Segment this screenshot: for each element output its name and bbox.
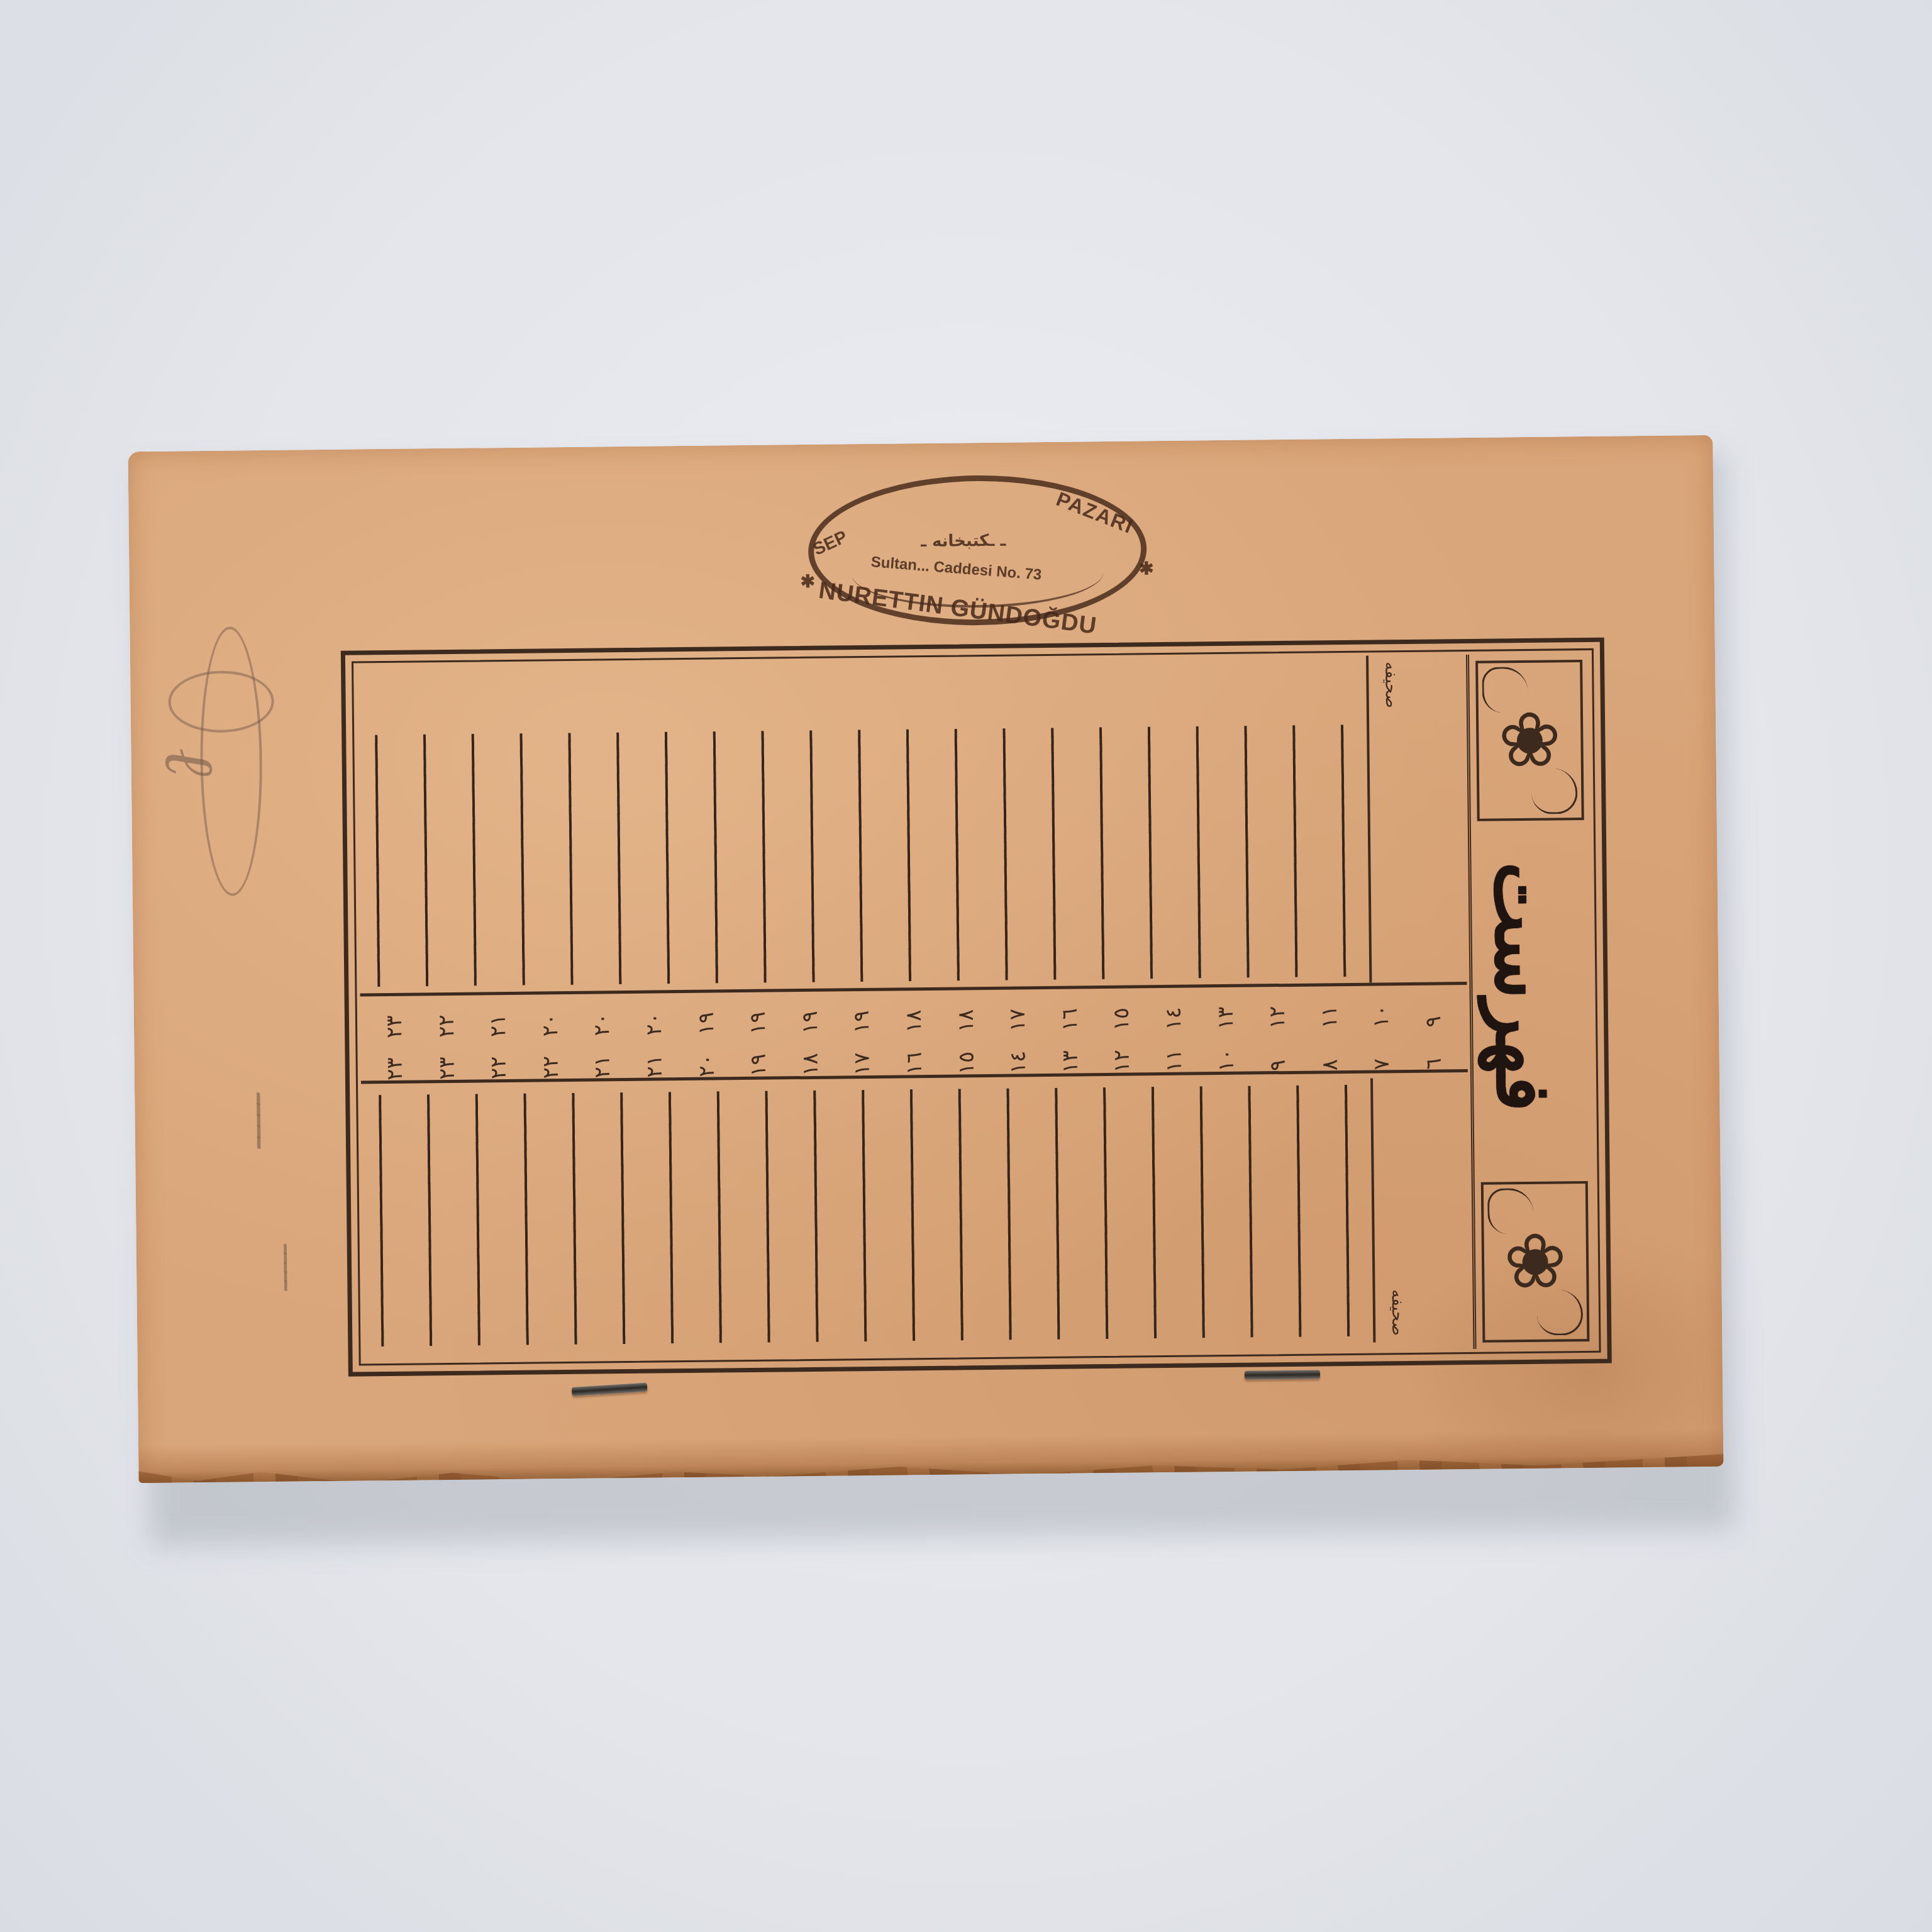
table-row: ـــــــــــــــــــــــــــــــ: [804, 668, 835, 982]
page-column-header: صحیفه: [1381, 662, 1401, 708]
table-row: ـــــــــــــــــــــــــــــــ: [663, 1092, 694, 1343]
table-row: ـــــــــــــــــــــــــــــــ: [901, 667, 931, 981]
page-number: ١٠: [1213, 1030, 1239, 1072]
table-row: ـــــــــــــــــــــــــــــــ: [1146, 1087, 1177, 1338]
floral-ornament-bottom: ❀: [1481, 1181, 1590, 1343]
table-row: ـــــــــــــــــــــــــــــــ: [422, 1094, 452, 1346]
table-row: ـــــــــــــــــــــــــــــــ: [1195, 1086, 1225, 1338]
table-row: ـــــــــــــــــــــــــــــــ: [857, 1090, 887, 1341]
floral-ornament-top: ❀: [1475, 660, 1584, 821]
table-row: ـــــــــــــــــــــــــــــــ: [1291, 1085, 1321, 1336]
table-row: ـــــــــــــــــــــــــــــــ: [374, 1095, 404, 1346]
page-number: ٢١: [486, 995, 511, 1037]
page-number: ١٧: [850, 1033, 875, 1075]
table-row: ـــــــــــــــــــــــــــــــ: [1098, 1087, 1128, 1339]
table-row: ـــــــــــــــــــــــــــــــ: [562, 670, 593, 985]
page-number: ١٣: [1057, 1031, 1083, 1073]
page-number: ٩: [1420, 985, 1446, 1027]
page-number: ١٩: [745, 1035, 771, 1077]
table-row: ـــــــــــــــــــــــــــــــ: [615, 1092, 645, 1344]
page-number: ٨: [1317, 1028, 1343, 1070]
table-row: ـــــــــــــــــــــــــــــــ: [808, 1091, 838, 1342]
stamp-top-left-text: SEP: [810, 526, 850, 559]
table-row: ـــــــــــــــــــــــــــــــ: [466, 671, 497, 985]
table-row: ـــــــــــــــــــــــــــــــ: [953, 1089, 984, 1340]
page-number: ١١: [1316, 986, 1342, 1028]
page-number: ٧: [1368, 1028, 1394, 1070]
page-number: ١٠: [1368, 985, 1394, 1028]
table-row: ـــــــــــــــــــــــــــــــ: [905, 1089, 935, 1341]
page-number: ١٧: [1005, 989, 1031, 1031]
table-row: ـــــــــــــــــــــــــــــــ: [1287, 663, 1318, 977]
page-number: ٢٣: [382, 996, 408, 1038]
lower-header-column: صحیفه: [1370, 1077, 1476, 1343]
title-column: ❀ فهرست ❀: [1466, 653, 1596, 1349]
table-row: ـــــــــــــــــــــــــــــــ: [1335, 662, 1366, 977]
table-row: ـــــــــــــــــــــــــــــــ: [1191, 663, 1221, 978]
page-number: ٢١: [590, 1036, 616, 1078]
table-row: ـــــــــــــــــــــــــــــــ: [1094, 665, 1124, 979]
page-number: ٢٢: [486, 1037, 511, 1079]
table-row: ـــــــــــــــــــــــــــــــ: [949, 666, 980, 980]
table-row: ـــــــــــــــــــــــــــــــ: [852, 667, 883, 982]
table-row: ـــــــــــــــــــــــــــــــ: [418, 672, 448, 986]
page-number: ٢٠: [641, 993, 667, 1035]
flower-icon: ❀: [1498, 702, 1562, 779]
star-icon: ✱: [1139, 558, 1154, 579]
page-number: ٢٠: [694, 1035, 719, 1077]
table-row: ـــــــــــــــــــــــــــــــ: [514, 670, 545, 985]
page-number: ٦: [1421, 1027, 1446, 1069]
bookseller-stamp: SEP PAZARI ـ ـكتبخانه ـ Sultan... Caddes…: [808, 474, 1147, 627]
page-number: ٢٣: [382, 1038, 408, 1080]
table-row: ـــــــــــــــــــــــــــــــ: [519, 1093, 549, 1345]
flower-icon: ❀: [1503, 1224, 1567, 1300]
page-number: ١٨: [797, 1034, 823, 1076]
page-number: ١٥: [1109, 989, 1135, 1031]
upper-entries: ــــــــــــــــــــــــــــــــــــــــ…: [369, 662, 1366, 987]
page-number: ٩: [1265, 1029, 1291, 1071]
page-number: ٢٢: [538, 1036, 563, 1079]
table-row: ـــــــــــــــــــــــــــــــ: [760, 1091, 791, 1342]
page-number: ١٩: [745, 992, 771, 1035]
page-number: ١٤: [1005, 1031, 1031, 1074]
page-number: ٢١: [641, 1035, 667, 1077]
table-row: ـــــــــــــــــــــــــــــــ: [1340, 1085, 1370, 1336]
table-row: ـــــــــــــــــــــــــــــــ: [708, 669, 738, 983]
pencil-note: ـــــ: [247, 1092, 292, 1148]
table-row: ـــــــــــــــــــــــــــــــ: [1243, 1085, 1273, 1337]
upper-header-column: صحیفه: [1366, 655, 1472, 983]
table-row: ـــــــــــــــــــــــــــــــ: [1238, 663, 1269, 977]
star-icon: ✱: [801, 571, 816, 592]
lower-entries: ــــــــــــــــــــــــــــــــــــــــ…: [374, 1085, 1370, 1347]
page-number: ١٩: [797, 992, 823, 1034]
stamp-top-right-text: PAZARI: [1053, 487, 1137, 538]
table-row: ـــــــــــــــــــــــــــــــ: [369, 672, 400, 987]
staple: [1245, 1370, 1320, 1379]
page-number: ١٦: [901, 1033, 927, 1075]
page-number: ١٢: [1265, 987, 1291, 1029]
page-number: ٢٠: [589, 994, 615, 1036]
table-row: ـــــــــــــــــــــــــــــــ: [1142, 664, 1173, 979]
page-title: فهرست: [1477, 861, 1568, 1151]
table-row: ـــــــــــــــــــــــــــــــ: [712, 1091, 742, 1343]
contents-table-frame: ❀ فهرست ❀ صحیفه ــــــــــــــــــــــــ…: [341, 638, 1612, 1377]
upper-contents-table: صحیفه ــــــــــــــــــــــــــــــــــ…: [357, 655, 1472, 993]
page-number: ٢٠: [537, 994, 563, 1036]
page-number: ٢٢: [433, 996, 459, 1038]
table-row: ـــــــــــــــــــــــــــــــ: [470, 1094, 501, 1345]
table-row: ـــــــــــــــــــــــــــــــ: [1045, 665, 1076, 980]
staple: [572, 1383, 648, 1397]
page-number: ١٩: [693, 992, 719, 1035]
page-number: ١٣: [1213, 987, 1238, 1030]
page-number: ١٢: [1109, 1031, 1135, 1073]
table-row: ـــــــــــــــــــــــــــــــ: [997, 665, 1028, 980]
page-column-header: صحیفه: [1388, 1289, 1407, 1336]
stamp-arabic-text: ـ ـكتبخانه ـ: [921, 531, 1006, 551]
table-row: ـــــــــــــــــــــــــــــــ: [659, 669, 690, 984]
page-number: ١٨: [953, 990, 979, 1032]
page-number: ٢٣: [434, 1038, 460, 1080]
page-number: ١٤: [1160, 988, 1186, 1030]
page-number: ١٨: [901, 991, 926, 1033]
pencil-note: ـــــ: [276, 1244, 313, 1291]
page-number: ١٥: [953, 1032, 979, 1074]
booklet-page: SEP PAZARI ـ ـكتبخانه ـ Sultan... Caddes…: [128, 435, 1723, 1483]
table-row: ـــــــــــــــــــــــــــــــ: [567, 1093, 597, 1345]
table-row: ـــــــــــــــــــــــــــــــ: [611, 670, 641, 984]
table-row: ـــــــــــــــــــــــــــــــ: [756, 668, 787, 982]
pencil-signature: ℓ: [149, 747, 230, 777]
page-number: ١٩: [849, 991, 875, 1033]
page-number: ١٦: [1057, 989, 1082, 1031]
page-number: ١١: [1161, 1030, 1187, 1072]
table-row: ـــــــــــــــــــــــــــــــ: [1002, 1088, 1032, 1340]
table-row: ـــــــــــــــــــــــــــــــ: [1050, 1087, 1080, 1339]
lower-contents-table: صحیفه ــــــــــــــــــــــــــــــــــ…: [361, 1077, 1476, 1353]
